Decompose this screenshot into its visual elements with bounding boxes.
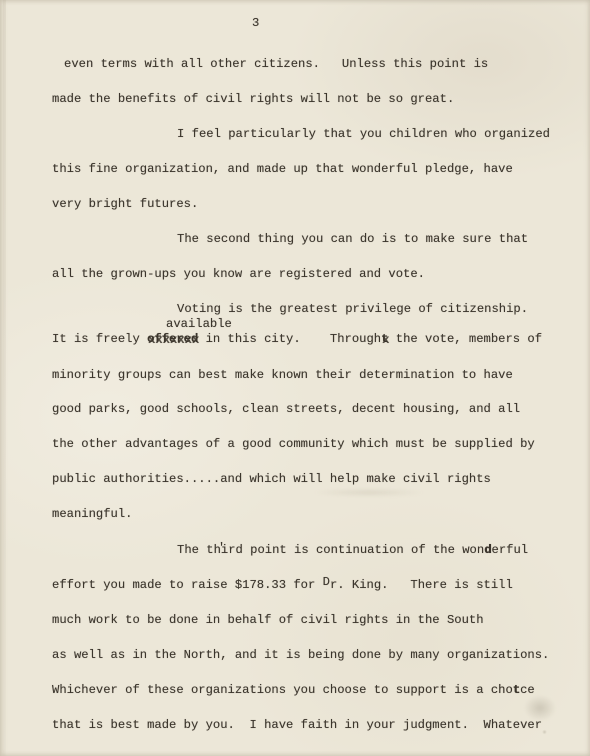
- page-number: 3: [252, 16, 259, 30]
- typed-line: good parks, good schools, clean streets,…: [52, 402, 520, 416]
- typed-line: made the benefits of civil rights will n…: [52, 92, 454, 106]
- typed-line: Voting is the greatest privilege of citi…: [177, 302, 528, 316]
- typed-line: this fine organization, and made up that…: [52, 162, 513, 176]
- text-run: in this city. Through: [198, 332, 381, 346]
- typed-line: the other advantages of a good community…: [52, 437, 535, 451]
- text-run: The th: [177, 543, 221, 557]
- typed-line: that is best made by you. I have faith i…: [52, 718, 542, 732]
- text-run-ov: t: [513, 683, 520, 697]
- typed-line: effort you made to raise $178.33 for Dr.…: [52, 578, 513, 592]
- text-run-raised: D: [323, 575, 330, 589]
- text-run: I feel particularly that you children wh…: [177, 127, 550, 141]
- text-run: good parks, good schools, clean streets,…: [52, 402, 520, 416]
- text-run: that is best made by you. I have faith i…: [52, 718, 542, 732]
- document-page: 3 even terms with all other citizens. Un…: [0, 0, 590, 756]
- typed-line: much work to be done in behalf of civil …: [52, 613, 484, 627]
- text-run: effort you made to raise $178.33 for: [52, 578, 323, 592]
- text-run-xout: offered: [147, 332, 198, 346]
- text-run: much work to be done in behalf of civil …: [52, 613, 484, 627]
- text-run: It is freely: [52, 332, 147, 346]
- text-run: the vote, members of: [388, 332, 542, 346]
- typed-line: as well as in the North, and it is being…: [52, 648, 549, 662]
- text-run: minority groups can best make known thei…: [52, 368, 513, 382]
- text-run: erful: [492, 543, 529, 557]
- typed-line: meaningful.: [52, 507, 132, 521]
- text-run: Whichever of these organizations you cho…: [52, 683, 513, 697]
- paper-smudge: [541, 729, 548, 735]
- text-run: very bright futures.: [52, 197, 198, 211]
- text-run: all the grown-ups you know are registere…: [52, 267, 425, 281]
- typed-line: even terms with all other citizens. Unle…: [64, 57, 488, 71]
- text-run: even terms with all other citizens. Unle…: [64, 57, 488, 71]
- paper-crease: [3, 0, 6, 756]
- typed-line: It is freely offered in this city. Throu…: [52, 332, 542, 346]
- text-run: as well as in the North, and it is being…: [52, 648, 549, 662]
- text-run: ird point is continuation of the won: [221, 543, 484, 557]
- typed-line: public authorities.....and which will he…: [52, 472, 491, 486]
- text-run: public authorities.....and which will he…: [52, 472, 491, 486]
- typed-line: minority groups can best make known thei…: [52, 368, 513, 382]
- typed-line: available: [166, 317, 232, 331]
- typed-line: Whichever of these organizations you cho…: [52, 683, 535, 697]
- typed-line: I feel particularly that you children wh…: [177, 127, 550, 141]
- text-run: ce: [520, 683, 535, 697]
- text-run: The second thing you can do is to make s…: [177, 232, 528, 246]
- paper-smudge: [294, 487, 444, 498]
- text-run: made the benefits of civil rights will n…: [52, 92, 454, 106]
- typed-line: very bright futures.: [52, 197, 198, 211]
- typed-line: The th'ird point is continuation of the …: [177, 543, 528, 557]
- text-run: meaningful.: [52, 507, 132, 521]
- typed-line: all the grown-ups you know are registere…: [52, 267, 425, 281]
- text-run: available: [166, 317, 232, 331]
- text-run: Voting is the greatest privilege of citi…: [177, 302, 528, 316]
- text-run: r. King. There is still: [330, 578, 513, 592]
- text-run-ov: d: [484, 543, 491, 557]
- text-run-xout: t: [381, 332, 388, 346]
- text-run: the other advantages of a good community…: [52, 437, 535, 451]
- text-run: this fine organization, and made up that…: [52, 162, 513, 176]
- typed-line: The second thing you can do is to make s…: [177, 232, 528, 246]
